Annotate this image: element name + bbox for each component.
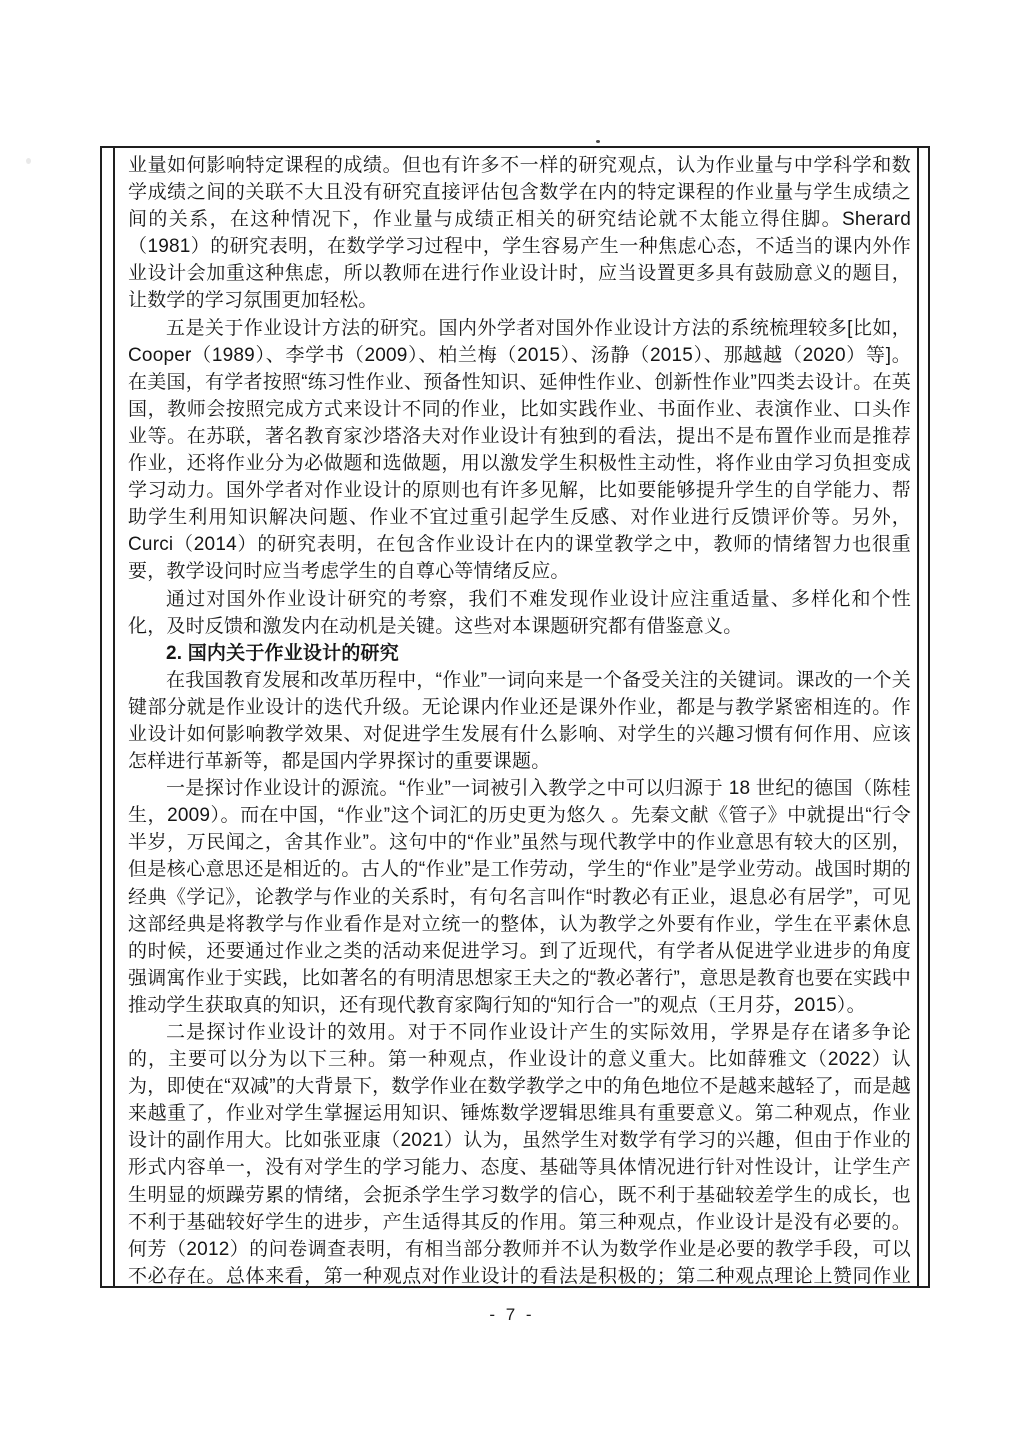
scan-artifact-dot	[596, 140, 600, 143]
body-paragraph: 通过对国外作业设计研究的考察，我们不难发现作业设计应注重适量、多样化和个性化，及…	[128, 586, 911, 640]
document-page: 业量如何影响特定课程的成绩。但也有许多不一样的研究观点，认为作业量与中学科学和数…	[0, 0, 1024, 1440]
section-heading: 2. 国内关于作业设计的研究	[128, 640, 911, 667]
body-paragraph: 一是探讨作业设计的源流。“作业”一词被引入教学之中可以归源于 18 世纪的德国（…	[128, 775, 911, 1019]
scan-artifact-smudge	[26, 158, 31, 164]
page-number: - 7 -	[0, 1305, 1024, 1325]
body-paragraph: 业量如何影响特定课程的成绩。但也有许多不一样的研究观点，认为作业量与中学科学和数…	[128, 152, 911, 315]
body-paragraph: 在我国教育发展和改革历程中，“作业”一词向来是一个备受关注的关键词。课改的一个关…	[128, 667, 911, 775]
body-paragraph: 五是关于作业设计方法的研究。国内外学者对国外作业设计方法的系统梳理较多[比如，C…	[128, 315, 911, 586]
document-border-frame: 业量如何影响特定课程的成绩。但也有许多不一样的研究观点，认为作业量与中学科学和数…	[100, 146, 930, 1288]
document-paragraphs: 业量如何影响特定课程的成绩。但也有许多不一样的研究观点，认为作业量与中学科学和数…	[115, 148, 917, 1286]
body-paragraph: 二是探讨作业设计的效用。对于不同作业设计产生的实际效用，学界是存在诸多争论的，主…	[128, 1019, 911, 1286]
document-inner-rule: 业量如何影响特定课程的成绩。但也有许多不一样的研究观点，认为作业量与中学科学和数…	[113, 148, 919, 1286]
